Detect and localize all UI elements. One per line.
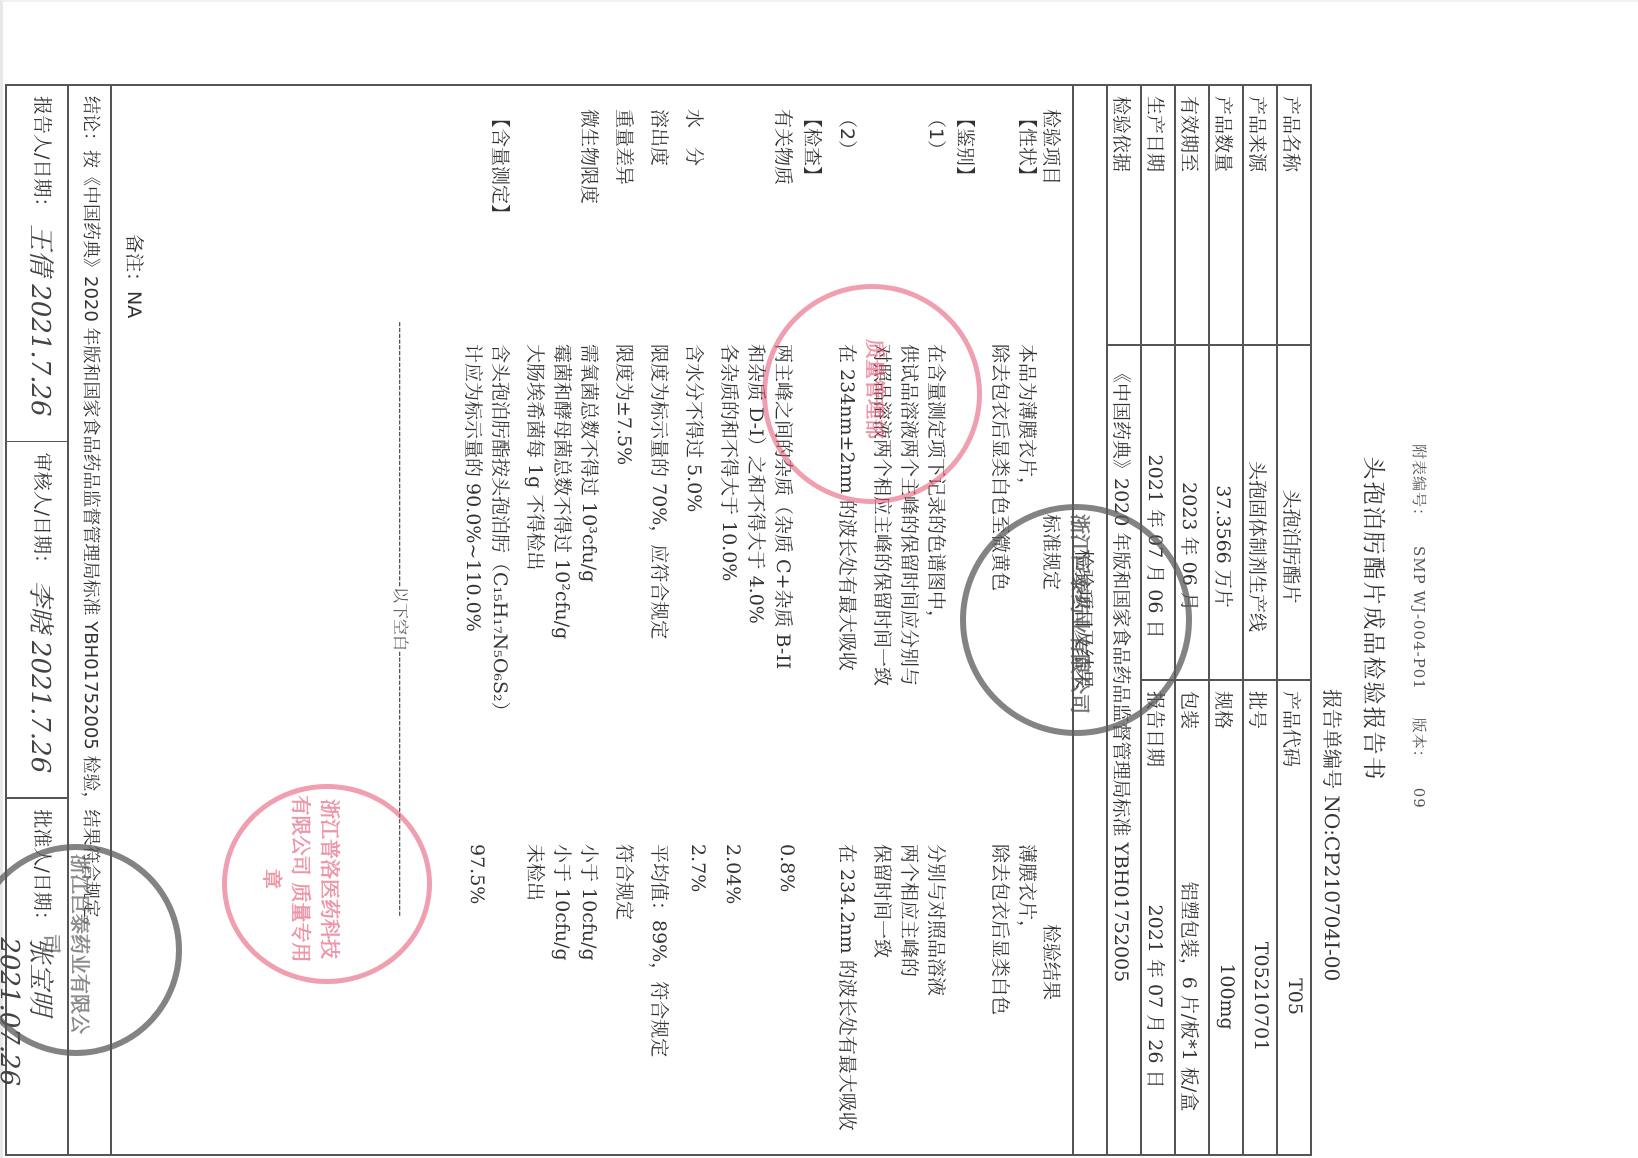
version-label: 版本： bbox=[1410, 718, 1428, 766]
report-no-value: NO:CP210704I-00 bbox=[1320, 795, 1344, 981]
reviewer-signature: 李晓 2021.7.26 bbox=[24, 581, 61, 774]
reporter-signature: 王倩 2021.7.26 bbox=[24, 224, 61, 417]
test-result-line: 小于 10cfu/g bbox=[577, 844, 604, 961]
test-result-line: 符合规定 bbox=[612, 844, 639, 920]
grid-line bbox=[1142, 344, 1176, 346]
grid-line bbox=[1311, 84, 1313, 1154]
test-standard-line: 本品为薄膜衣片， bbox=[1015, 344, 1042, 496]
grid-line bbox=[1108, 344, 1142, 346]
grid-line bbox=[1209, 84, 1211, 1154]
test-result-line: 在 234.2nm 的波长处有最大吸收 bbox=[835, 844, 862, 1131]
report-table: 产品名称头孢泊肟酯片产品代码T05产品来源头孢固体制剂生产线批号T0521070… bbox=[7, 84, 1312, 1154]
test-result-line: 0.8% bbox=[776, 844, 798, 892]
info-value: 头孢泊肟酯片 bbox=[1279, 414, 1306, 679]
grid-line bbox=[7, 84, 1312, 86]
test-result-line: 平均值：89%，符合规定 bbox=[647, 844, 674, 1057]
column-header-result: 检验结果 bbox=[1039, 924, 1066, 1000]
grid-line bbox=[1278, 679, 1312, 681]
grid-line bbox=[1243, 84, 1245, 1154]
info-label: 产品名称 bbox=[1279, 96, 1306, 172]
test-standard-line: 限度为标示量的 70%，应符合规定 bbox=[647, 344, 674, 639]
test-standard-line: 大肠埃希菌每 1g 不得检出 bbox=[523, 344, 550, 570]
test-standard-line: 计应为标示量的 90.0%~110.0% bbox=[461, 344, 488, 632]
grid-line bbox=[1277, 84, 1279, 1154]
report-number: 报告单编号 NO:CP210704I-00 bbox=[1319, 689, 1348, 981]
test-result-line: 97.5% bbox=[466, 844, 488, 904]
grid-line bbox=[1244, 679, 1278, 681]
info-label: 产品数量 bbox=[1211, 96, 1238, 172]
company-seal-top-text: 浙江巨泰药业有限公司 bbox=[1067, 514, 1096, 714]
info-label: 有效期至 bbox=[1177, 96, 1204, 172]
test-item-0: 【性状】 bbox=[1015, 109, 1042, 185]
test-result-line: 2.7% bbox=[687, 844, 709, 892]
grid-line bbox=[1176, 679, 1210, 681]
grid-line bbox=[1210, 344, 1244, 346]
info-label-2: 规格 bbox=[1211, 691, 1238, 729]
test-item-6: 水 分 bbox=[682, 109, 709, 166]
info-value-2: 100mg bbox=[1216, 839, 1238, 1154]
test-item-10: 【含量测定】 bbox=[488, 109, 515, 223]
info-value-2: 铝塑包装，6 片/板*1 板/盒 bbox=[1177, 839, 1204, 1154]
form-header: 附表编号：SMP WJ-004-P01 版本：09 bbox=[1409, 444, 1430, 831]
test-item-1: 【鉴别】 bbox=[953, 109, 980, 185]
test-result-line: 两个相应主峰的 bbox=[897, 844, 924, 977]
info-value: 37.3566 万片 bbox=[1211, 414, 1238, 679]
test-standard-line: 限度为±7.5% bbox=[612, 344, 639, 465]
info-value-2: T05 bbox=[1284, 839, 1306, 1154]
grid-line bbox=[1210, 679, 1244, 681]
report-page: 附表编号：SMP WJ-004-P01 版本：09 头孢泊肟酯片成品检验报告书 … bbox=[66, 124, 1436, 1114]
conclusion: 结论：按《中国药典》2020 年版和国家食品药品监督管理局标准 YBH01752… bbox=[79, 96, 105, 935]
test-result-line: 小于 10cfu/g bbox=[550, 844, 577, 961]
blank-below-marker: ----------------------------------------… bbox=[390, 84, 413, 1154]
test-standard-line: 含水分不得过 5.0% bbox=[682, 344, 709, 512]
info-value-2: T05210701 bbox=[1250, 839, 1272, 1154]
test-item-8: 重量差异 bbox=[612, 109, 639, 185]
test-item-5: 有关物质 bbox=[771, 109, 798, 185]
form-no-label: 附表编号： bbox=[1410, 444, 1428, 524]
test-result-line: 分别与对照品溶液 bbox=[924, 844, 951, 996]
info-label: 生产日期 bbox=[1143, 96, 1170, 172]
test-standard-line: 各杂质的和不得大于 10.0% bbox=[717, 344, 744, 581]
test-item-3: （2） bbox=[835, 109, 862, 159]
test-item-2: （1） bbox=[924, 109, 951, 159]
company-seal-bottom-text: 浙江巨泰药业有限公司 bbox=[38, 854, 96, 1034]
qc-seal-red-2-text: 浙江普洛医药科技有限公司 质量专用章 bbox=[259, 794, 346, 964]
test-result-line: 保留时间一致 bbox=[870, 844, 897, 958]
test-item-7: 溶出度 bbox=[647, 109, 674, 166]
test-result-line: 薄膜衣片， bbox=[1015, 844, 1042, 939]
info-label-2: 包装 bbox=[1177, 691, 1204, 729]
grid-line bbox=[7, 1154, 1312, 1156]
info-label: 产品来源 bbox=[1245, 96, 1272, 172]
grid-line bbox=[7, 441, 69, 443]
remark: 备注：NA bbox=[122, 234, 149, 318]
info-label-2: 产品代码 bbox=[1279, 691, 1306, 767]
form-no: SMP WJ-004-P01 bbox=[1410, 546, 1428, 690]
info-label-2: 批号 bbox=[1245, 691, 1272, 729]
grid-line bbox=[7, 797, 69, 799]
test-result-line: 未检出 bbox=[523, 844, 550, 901]
info-value-2: 2021 年 07 月 26 日 bbox=[1143, 839, 1170, 1154]
test-standard-line: 霉菌和酵母菌总数不得过 10²cfu/g bbox=[550, 344, 577, 639]
grid-line bbox=[1244, 344, 1278, 346]
grid-line bbox=[1278, 344, 1312, 346]
grid-line bbox=[1176, 344, 1210, 346]
test-result-line: 除去包衣后显类白色 bbox=[988, 844, 1015, 1015]
column-header-item: 检验项目 bbox=[1039, 109, 1066, 185]
reporter-label: 报告人/日期： bbox=[30, 96, 57, 216]
test-item-4: 【检查】 bbox=[800, 109, 827, 185]
test-result-line: 2.04% bbox=[722, 844, 744, 904]
info-value: 头孢固体制剂生产线 bbox=[1245, 414, 1272, 679]
report-no-label: 报告单编号 bbox=[1320, 689, 1344, 789]
document-title: 头孢泊肟酯片成品检验报告书 bbox=[1359, 124, 1392, 1114]
reviewer-label: 审核人/日期： bbox=[30, 453, 57, 573]
version: 09 bbox=[1410, 788, 1428, 809]
test-item-9: 微生物限度 bbox=[577, 109, 604, 204]
test-standard-line: 含头孢泊肟酯按头孢泊肟（C₁₅H₁₇N₅O₆S₂） bbox=[488, 344, 515, 721]
qc-seal-red-1-text: 质量管理部 bbox=[862, 294, 891, 484]
info-label: 检验依据 bbox=[1109, 96, 1136, 172]
test-standard-line: 需氧菌总数不得过 10³cfu/g bbox=[577, 344, 604, 582]
